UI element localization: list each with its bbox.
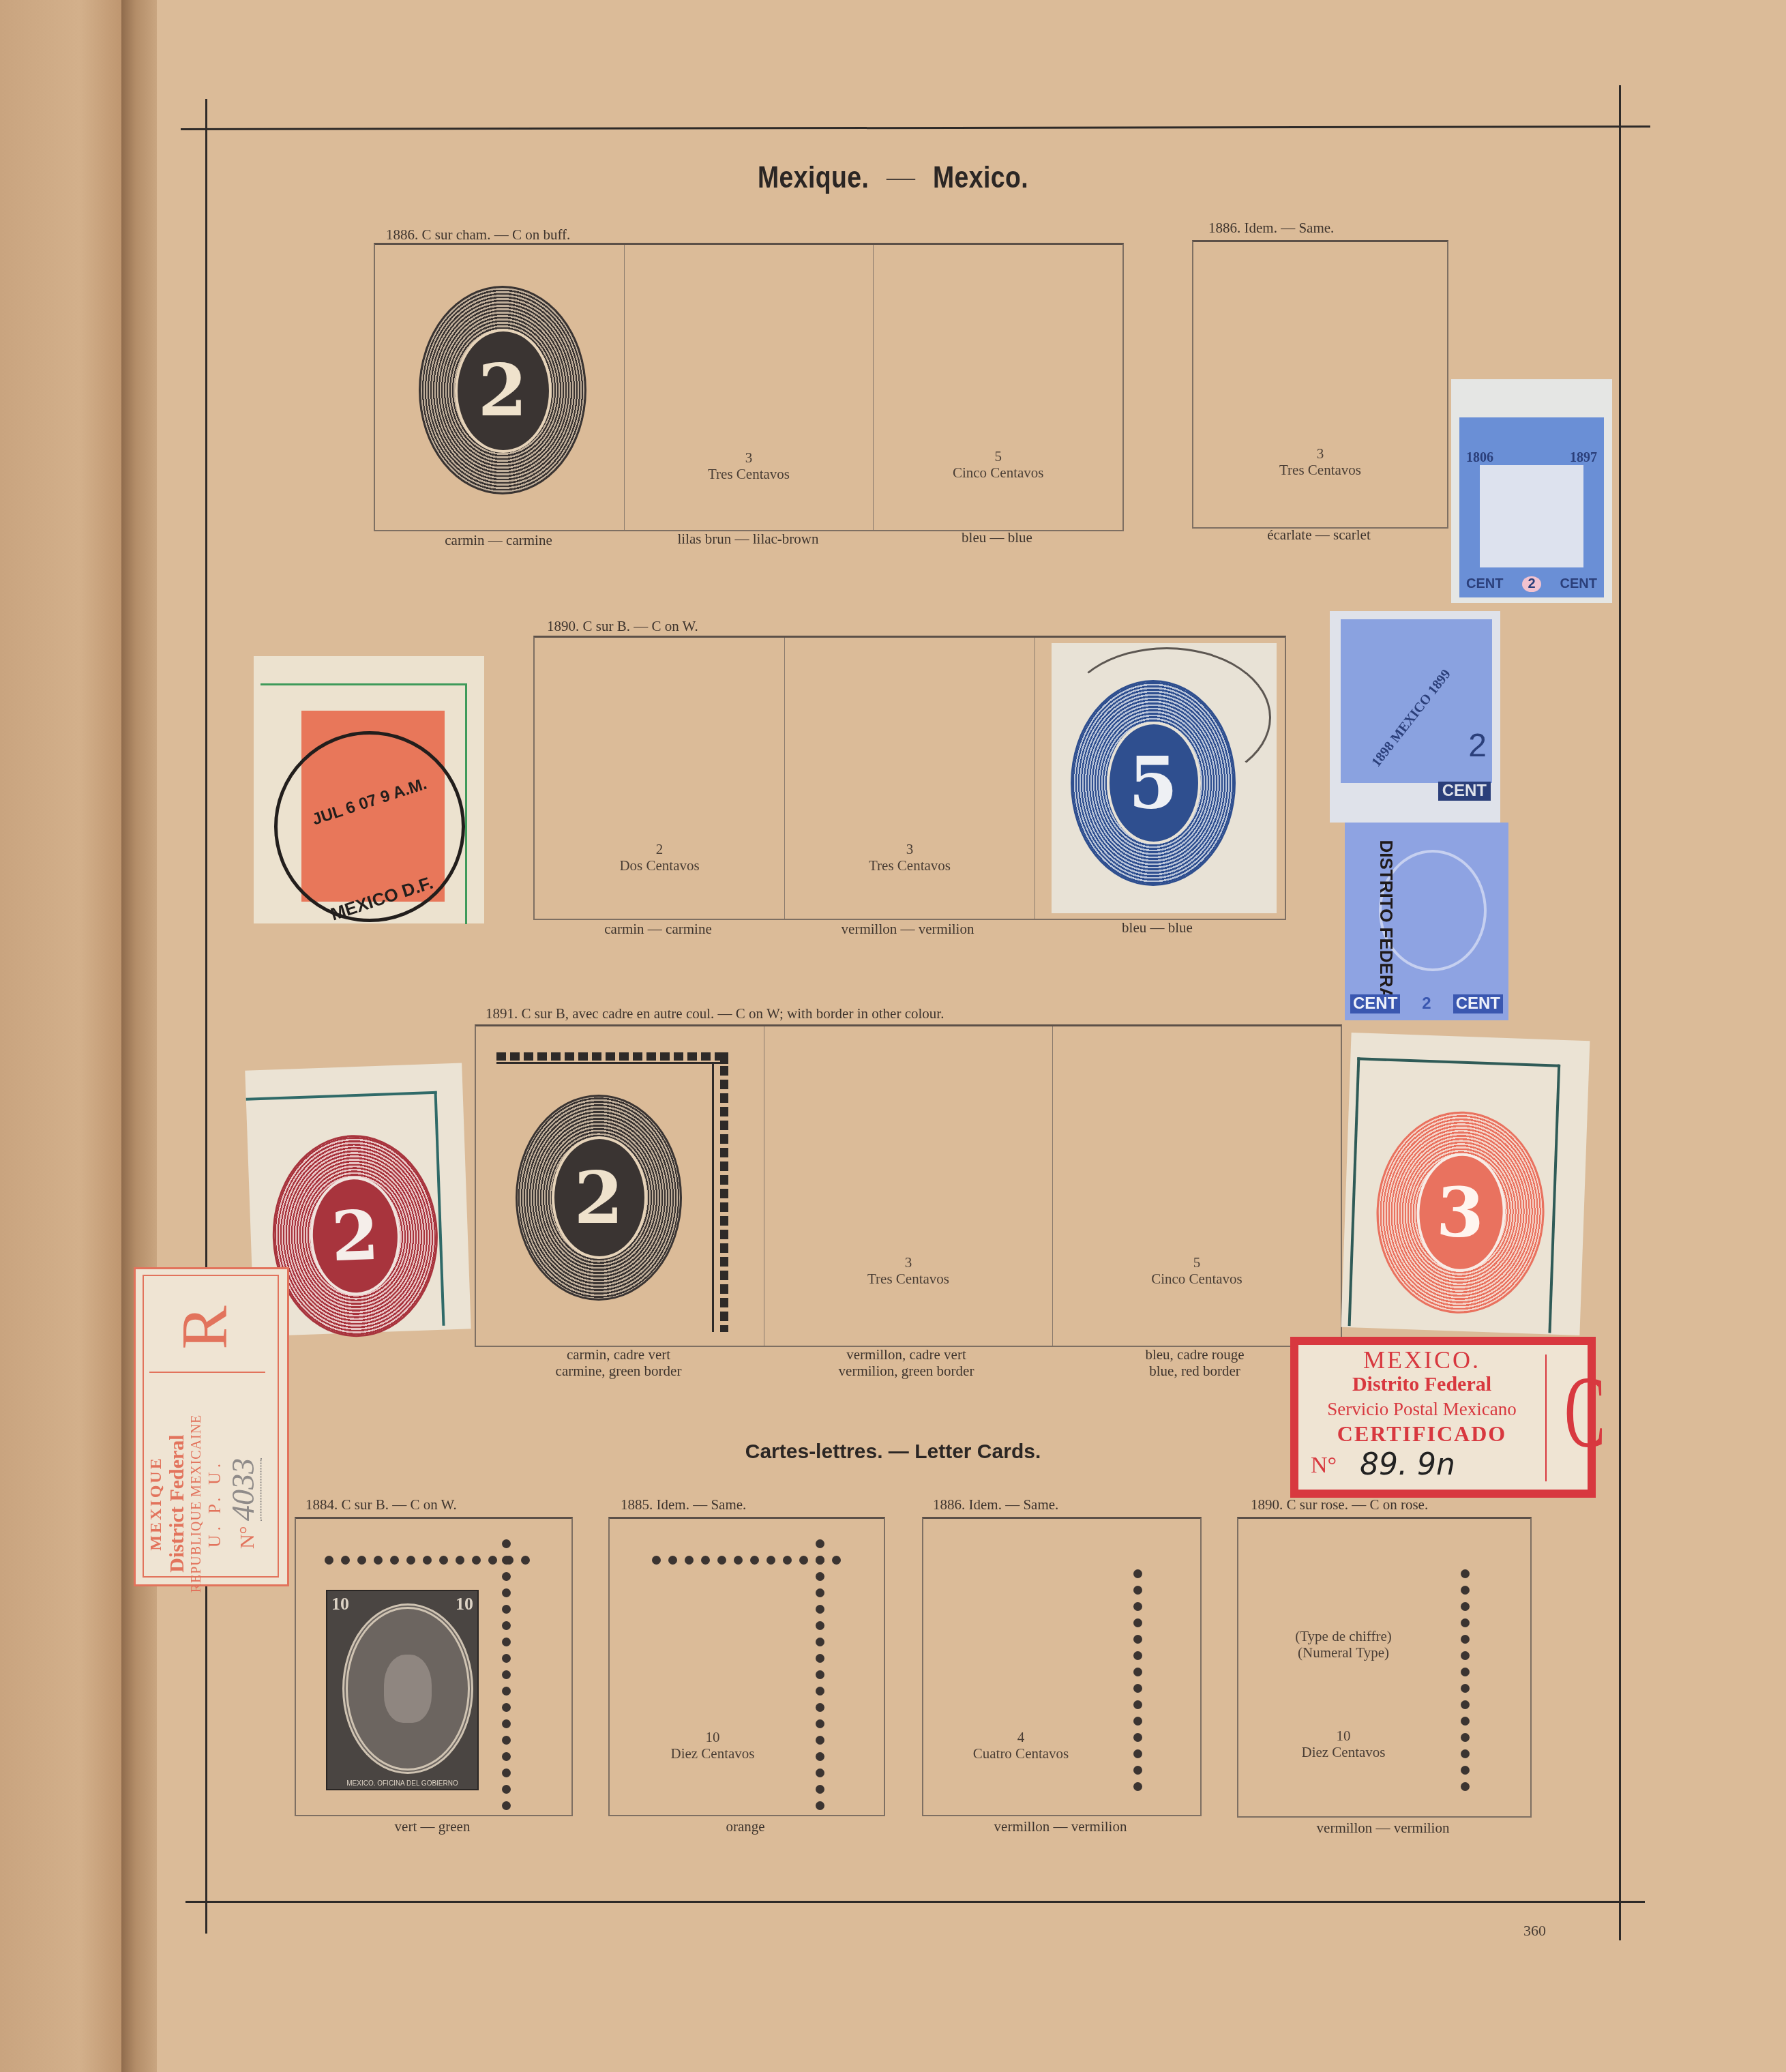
stamp-numeral: 3: [1435, 1172, 1486, 1254]
greek-key-border-right: [720, 1052, 728, 1332]
label-line-3: Servicio Postal Mexicano: [1298, 1397, 1545, 1421]
stamp-2-cent-1899-blue[interactable]: 1898 MEXICO 1899 2 CENT: [1330, 611, 1500, 823]
certificado-label[interactable]: C MEXICO. Distrito Federal Servicio Post…: [1290, 1337, 1596, 1498]
card3-caption: 1886. Idem. — Same.: [933, 1496, 1058, 1513]
row3-grid: 2 3 Tres Centavos 5 Cinco Centavos: [475, 1024, 1342, 1347]
stamp-space-row3-2[interactable]: 3 Tres Centavos: [764, 1026, 1053, 1346]
stamp-space-row1-3[interactable]: 5 Cinco Centavos: [874, 245, 1122, 530]
color-label: vert — green: [295, 1818, 570, 1835]
color-label-en: carmine, green border: [475, 1363, 762, 1379]
stamp-space-row2-1[interactable]: 2 Dos Centavos: [535, 638, 785, 919]
cell-denomination: Diez Centavos: [1238, 1744, 1448, 1760]
title-dash: [887, 179, 916, 180]
color-label: bleu — blue: [1032, 919, 1282, 936]
cell-denomination: Cinco Centavos: [1053, 1271, 1341, 1287]
letter-card-space-3[interactable]: 4 Cuatro Centavos: [922, 1517, 1202, 1816]
cell-denomination: Tres Centavos: [1193, 462, 1447, 478]
label-line-2: District Federal: [166, 1354, 189, 1654]
facing-page-edge: [0, 0, 133, 2072]
perforation-dots-horizontal: [325, 1556, 530, 1565]
label-line-4: U. P. U.: [205, 1354, 225, 1654]
cell-value: 2: [535, 841, 784, 857]
cell-denomination: Tres Centavos: [625, 466, 874, 482]
stamp-value-right: CENT: [1453, 994, 1503, 1013]
title-english: Mexico.: [933, 161, 1028, 194]
title-french: Mexique.: [758, 161, 869, 194]
registration-label-r[interactable]: R MEXIQUE District Federal REPUBLIQUE ME…: [134, 1267, 289, 1586]
cell-denomination: Diez Centavos: [610, 1745, 816, 1762]
letter-card-space-2[interactable]: 10 Diez Centavos: [608, 1517, 885, 1816]
overprint-text: DISTRITO FEDERAL: [1375, 840, 1397, 977]
perforation-dots-horizontal: [652, 1556, 841, 1565]
row1-caption: 1886. C sur cham. — C on buff.: [386, 226, 570, 243]
row2-grid: 2 Dos Centavos 3 Tres Centavos 5: [533, 636, 1286, 920]
cell-denomination: Tres Centavos: [785, 857, 1035, 874]
stamp-numeral: 2: [1422, 994, 1431, 1013]
color-label: vermillon — vermilion: [922, 1818, 1199, 1835]
frame-right-line: [1619, 85, 1621, 1940]
row1-caption-right: 1886. Idem. — Same.: [1208, 220, 1334, 237]
cell-denomination: Dos Centavos: [535, 857, 784, 874]
perforation-dots-vertical: [1133, 1569, 1142, 1791]
row2-caption: 1890. C sur B. — C on W.: [547, 618, 698, 635]
cell-denomination: Tres Centavos: [764, 1271, 1052, 1287]
stamp-space-row2-2[interactable]: 3 Tres Centavos: [785, 638, 1035, 919]
cell-value: 3: [625, 449, 874, 466]
cell-denomination: Cuatro Centavos: [923, 1745, 1118, 1762]
stamp-numeral: 2: [478, 349, 527, 432]
stamp-corner-numeral: 10: [331, 1594, 349, 1614]
stamp-10-centavos-portrait: 10 10 MEXICO. OFICINA DEL GOBIERNO: [326, 1590, 479, 1790]
row1-grid-right: 3 Tres Centavos: [1192, 240, 1448, 529]
stamp-space-row3-1[interactable]: 2: [476, 1026, 764, 1346]
page-title: Mexique.Mexico.: [134, 161, 1652, 195]
color-label-fr: vermillon, cadre vert: [762, 1346, 1050, 1363]
label-number: 4033: [226, 1458, 262, 1521]
cell-value: 10: [610, 1729, 816, 1745]
color-label: orange: [608, 1818, 882, 1835]
letter-cards-heading: Cartes-lettres. — Letter Cards.: [0, 1440, 1786, 1464]
stamp-space-row1-4[interactable]: 3 Tres Centavos: [1193, 242, 1447, 527]
stamp-orange-cut-postmarked[interactable]: JUL 6 07 9 A.M. MEXICO D.F.: [254, 656, 484, 923]
row3-caption: 1891. C sur B, avec cadre en autre coul.…: [486, 1005, 944, 1022]
stamp-space-row3-3[interactable]: 5 Cinco Centavos: [1053, 1026, 1341, 1346]
stamp-space-row1-1[interactable]: 2: [375, 245, 625, 530]
color-label: lilas brun — lilac-brown: [623, 531, 873, 547]
book-gutter: [121, 0, 162, 2072]
label-letter-r: R: [166, 1305, 242, 1349]
card4-caption: 1890. C sur rose. — C on rose.: [1251, 1496, 1428, 1513]
color-label: vermillon — vermilion: [783, 921, 1032, 937]
stamp-2-centavos-black: 2: [419, 286, 586, 494]
color-label: carmin — carmine: [374, 532, 623, 548]
cell-value: 5: [1053, 1254, 1341, 1271]
stamp-value: CENT: [1438, 782, 1491, 801]
stamp-5-centavos-blue: 5: [1071, 680, 1236, 886]
stamp-3-centavos-red-cut[interactable]: 3: [1341, 1033, 1590, 1335]
stamp-space-row1-2[interactable]: 3 Tres Centavos: [625, 245, 874, 530]
type-label-en: (Numeral Type): [1238, 1644, 1448, 1661]
label-line-1: MEXICO.: [1298, 1348, 1545, 1372]
stamp-numeral: 5: [1129, 741, 1178, 825]
stamp-2-cent-1897-blue[interactable]: 1806 1897 CENT 2 CENT: [1451, 379, 1612, 603]
card2-caption: 1885. Idem. — Same.: [621, 1496, 746, 1513]
label-line-2: Distrito Federal: [1298, 1372, 1545, 1397]
cell-value: 3: [785, 841, 1035, 857]
stamp-value-left: CENT: [1466, 576, 1503, 592]
letter-card-space-4[interactable]: (Type de chiffre) (Numeral Type) 10 Diez…: [1237, 1517, 1532, 1818]
stamp-2-centavos-black-bordered: 2: [516, 1095, 682, 1301]
greek-key-border-top: [496, 1052, 728, 1061]
color-label: bleu — blue: [873, 529, 1121, 546]
stamp-numeral: 2: [330, 1195, 381, 1277]
label-number-prefix: N°: [236, 1526, 258, 1549]
stamp-corner-numeral: 10: [456, 1594, 473, 1614]
color-label: vermillon — vermilion: [1237, 1820, 1529, 1836]
perforation-dots-vertical: [816, 1539, 824, 1810]
portrait-head: [384, 1655, 432, 1723]
letter-card-space-1[interactable]: 10 10 MEXICO. OFICINA DEL GOBIERNO: [295, 1517, 573, 1816]
cell-value: 4: [923, 1729, 1118, 1745]
label-line-3: REPUBLIQUE MEXICAINE: [189, 1354, 205, 1654]
page-number: 360: [1523, 1922, 1546, 1940]
frame-left-line: [205, 99, 207, 1934]
cell-value: 10: [1238, 1728, 1448, 1744]
stamp-year-left: 1806: [1466, 450, 1493, 466]
color-label: écarlate — scarlet: [1192, 527, 1446, 543]
row1-grid: 2 3 Tres Centavos 5 Cinco Centavos: [374, 243, 1124, 531]
color-label: carmin — carmine: [533, 921, 783, 937]
stamp-numeral: 2: [1468, 727, 1487, 765]
stamp-imprint: MEXICO. OFICINA DEL GOBIERNO: [327, 1780, 477, 1788]
stamp-year-right: 1897: [1570, 450, 1597, 466]
stamp-value-left: CENT: [1350, 994, 1400, 1013]
card1-caption: 1884. C sur B. — C on W.: [306, 1496, 457, 1513]
cell-value: 3: [1193, 445, 1447, 462]
cell-value: 5: [874, 448, 1122, 464]
stamp-numeral: 2: [574, 1156, 623, 1240]
cell-denomination: Cinco Centavos: [874, 464, 1122, 481]
stamp-numeral: 2: [1522, 576, 1541, 592]
portrait-oval: [342, 1603, 473, 1774]
stamp-value-right: CENT: [1560, 576, 1597, 592]
perforation-dots-vertical: [1461, 1569, 1470, 1791]
color-label-en: vermilion, green border: [762, 1363, 1050, 1379]
label-line-1: MEXIQUE: [147, 1354, 166, 1654]
frame-bottom-line: [185, 1901, 1645, 1903]
perforation-dots-vertical: [502, 1539, 511, 1810]
color-label-fr: carmin, cadre vert: [475, 1346, 762, 1363]
stamp-space-row2-3[interactable]: 5: [1035, 638, 1285, 919]
type-label-fr: (Type de chiffre): [1238, 1628, 1448, 1644]
stamp-2-cent-distrito-federal[interactable]: DISTRITO FEDERAL CENT 2 CENT: [1345, 823, 1508, 1020]
cell-value: 3: [764, 1254, 1052, 1271]
